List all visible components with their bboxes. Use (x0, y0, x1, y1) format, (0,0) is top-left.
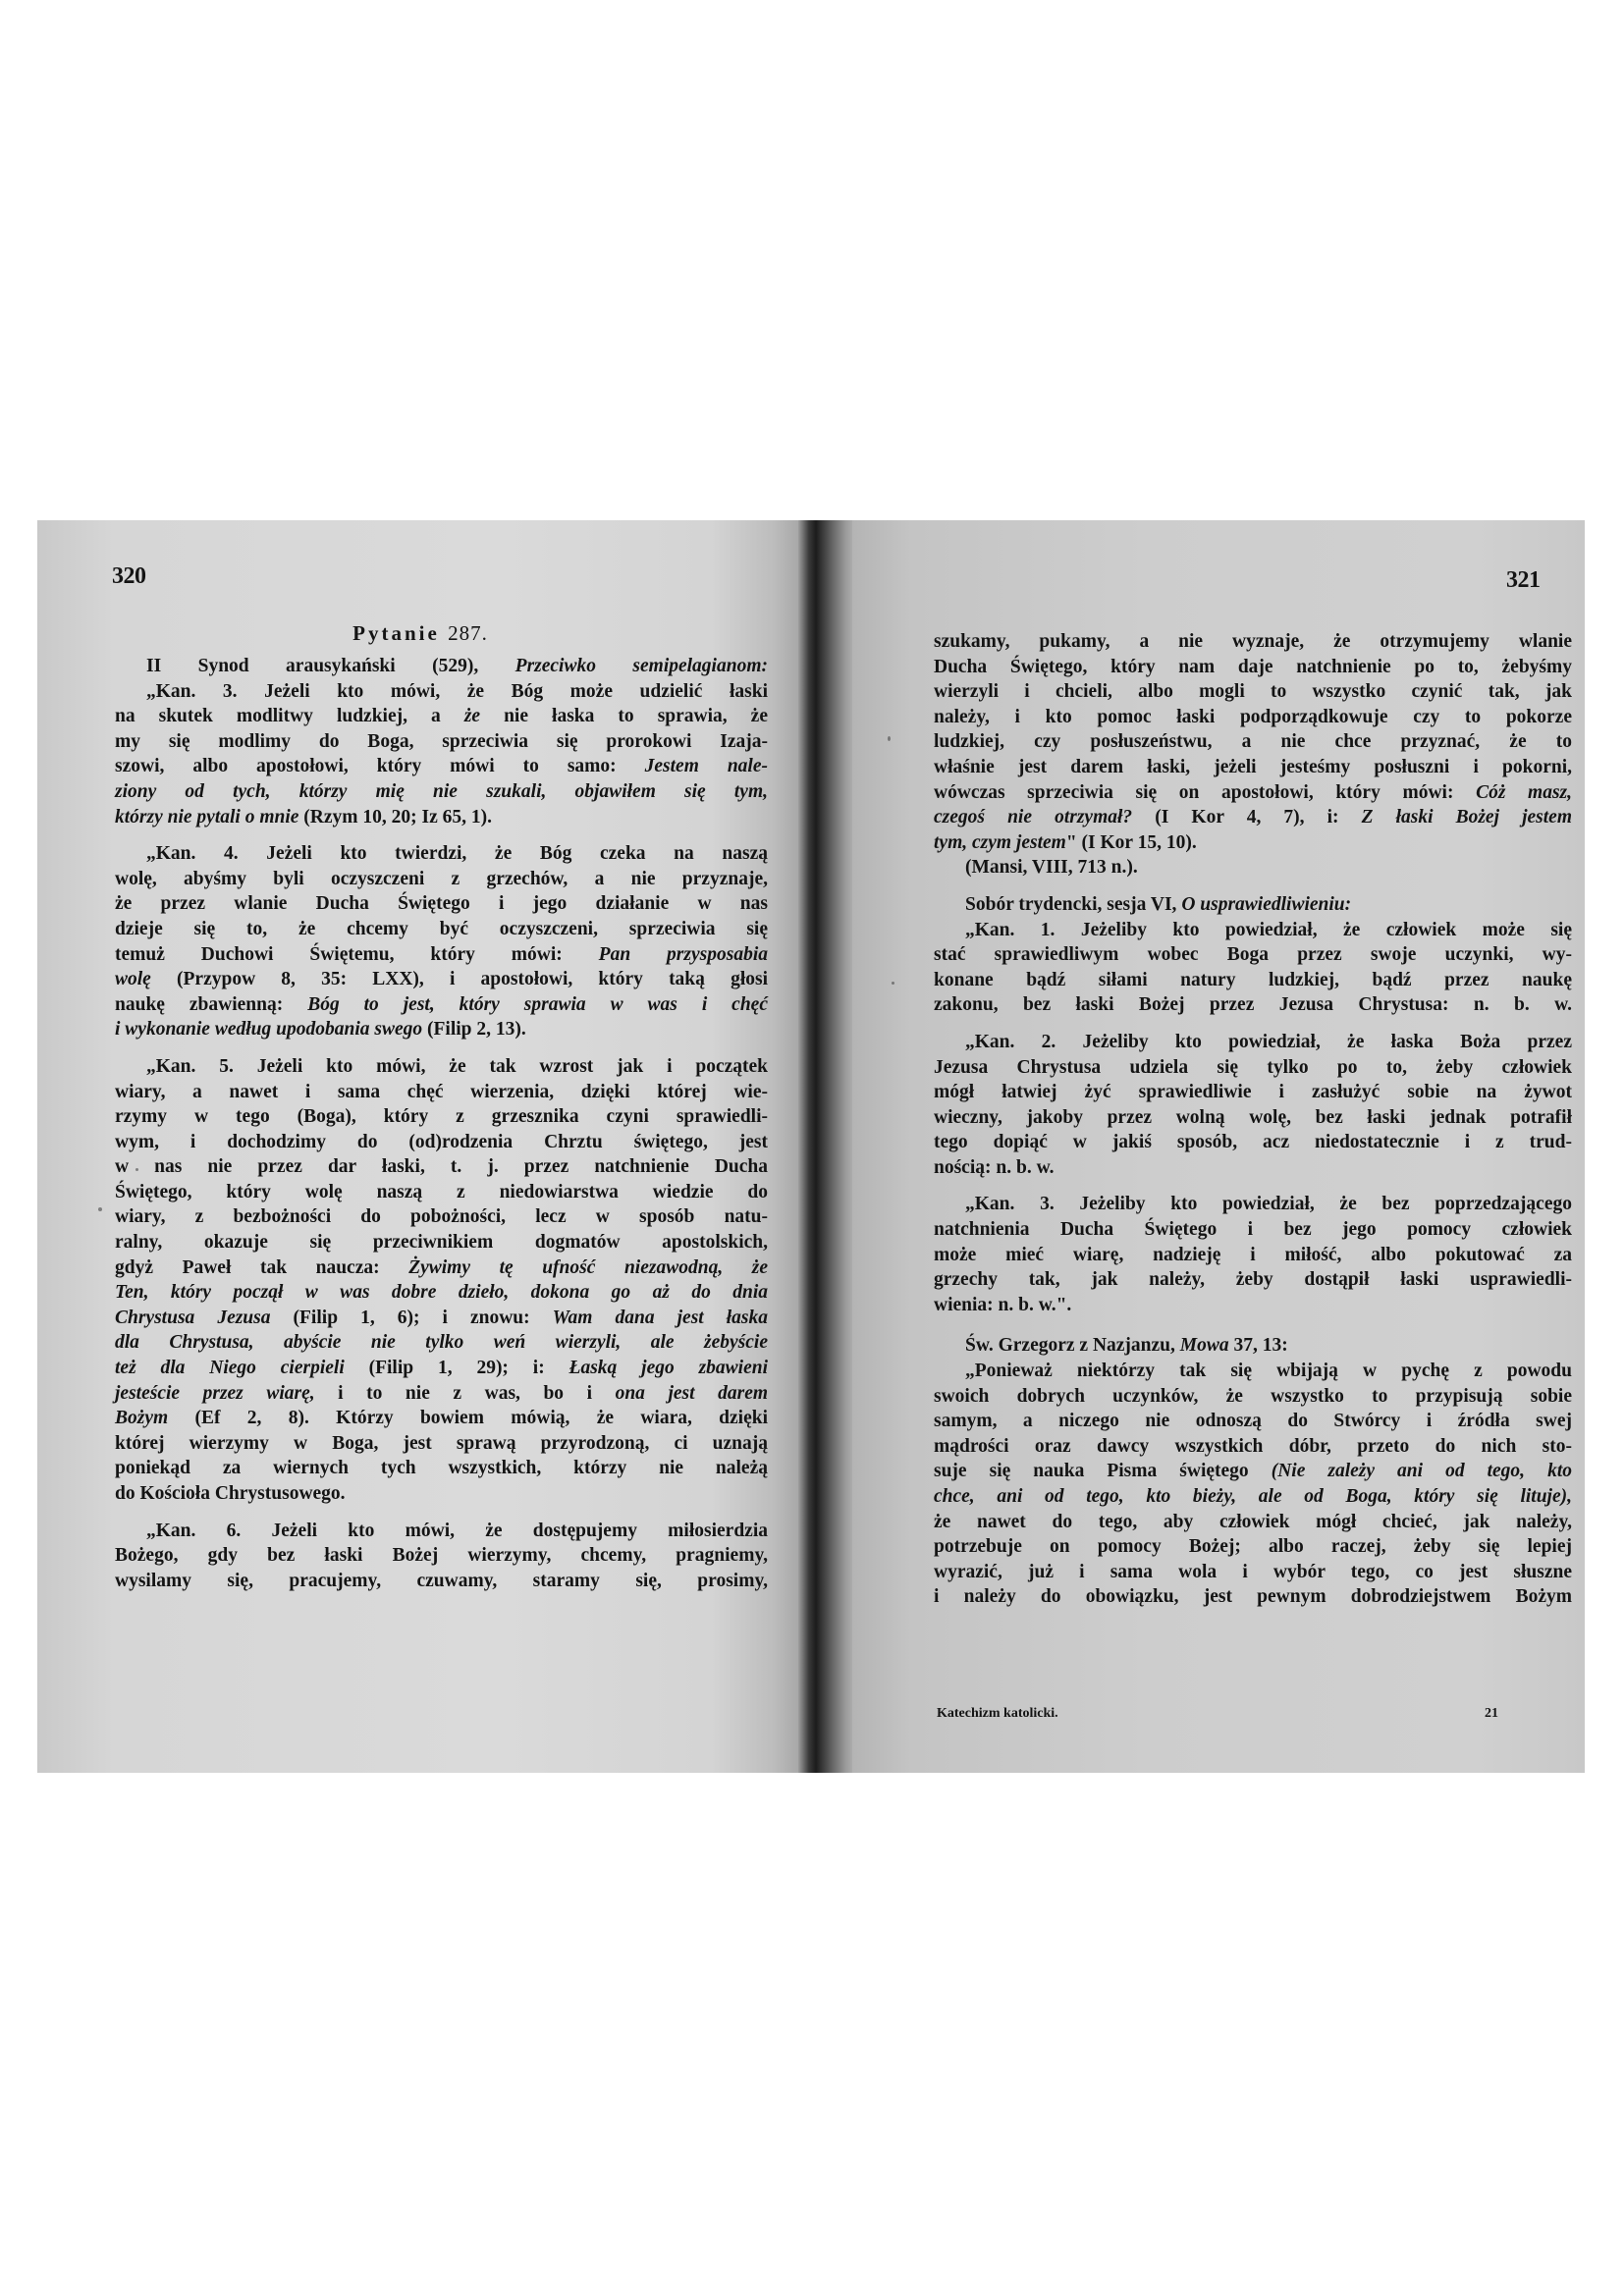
text-run: „Kan. 3. Jeżeliby kto powiedział, że bez… (965, 1194, 1572, 1214)
text-run: wówczas sprzeciwia się on apostołowi, kt… (934, 782, 1476, 803)
text-run: szukamy, pukamy, a nie wyznaje, że otrzy… (934, 631, 1572, 652)
italic-run: Bożym (115, 1408, 168, 1428)
text-line: temuż Duchowi Świętemu, który mówi: Pan … (115, 942, 768, 968)
text-line: swoich dobrych uczynków, że wszystko to … (934, 1384, 1572, 1410)
italic-run: że (464, 706, 480, 726)
text-run: wysilamy się, pracujemy, czuwamy, staram… (115, 1571, 768, 1591)
text-run: do Kościoła Chrystusowego. (115, 1483, 346, 1504)
italic-run: Z łaski Bożej jestem (1362, 807, 1572, 828)
italic-run: (Nie zależy ani od tego, kto (1272, 1461, 1572, 1481)
text-line: wysilamy się, pracujemy, czuwamy, staram… (115, 1569, 768, 1594)
text-run: (Filip 1, 6); i znowu: (271, 1308, 553, 1328)
italic-run: Mowa (1180, 1335, 1229, 1356)
italic-run: też dla Niego cierpieli (115, 1358, 345, 1378)
scan-speck (888, 736, 891, 741)
text-line: dla Chrystusa, abyście nie tylko weń wie… (115, 1330, 768, 1356)
italic-run: którzy nie pytali o mnie (115, 807, 298, 828)
italic-run: Wam dana jest łaska (553, 1308, 768, 1328)
text-run: dzieje się to, że chcemy być oczyszczeni… (115, 919, 768, 939)
text-run: ludzkiej, czy posłuszeństwu, a nie chce … (934, 731, 1572, 752)
text-line: ziony od tych, którzy mię nie szukali, o… (115, 779, 768, 805)
text-run: samym, a niczego nie odnoszą do Stwórcy … (934, 1411, 1572, 1431)
text-line: wieczny, jakoby przez wolną wolę, bez ła… (934, 1105, 1572, 1131)
text-line: „Kan. 2. Jeżeliby kto powiedział, że łas… (934, 1030, 1572, 1055)
text-run: (Przypow 8, 35: LXX), i apostołowi, któr… (151, 969, 768, 989)
text-line: Bożego, gdy bez łaski Bożej wierzymy, ch… (115, 1543, 768, 1569)
text-run: wolę, abyśmy byli oczyszczeni z grzechów… (115, 869, 768, 889)
text-run: Świętego, który wolę naszą z niedowiarst… (115, 1182, 768, 1202)
text-line: ludzkiej, czy posłuszeństwu, a nie chce … (934, 729, 1572, 755)
text-line: właśnie jest darem łaski, jeżeli jesteśm… (934, 755, 1572, 780)
text-run: wierzyli i chcieli, albo mogli to wszyst… (934, 681, 1572, 702)
text-run: wiary, a nawet i sama chęć wierzenia, dz… (115, 1082, 768, 1102)
text-run: temuż Duchowi Świętemu, który mówi: (115, 944, 599, 965)
text-line: szukamy, pukamy, a nie wyznaje, że otrzy… (934, 629, 1572, 655)
sheet-number: 21 (1485, 1706, 1498, 1722)
text-run: „Ponieważ niektórzy tak się wbijają w py… (965, 1361, 1572, 1381)
text-line: grzechy tak, jak należy, żeby dostąpił ł… (934, 1267, 1572, 1293)
text-line: wiary, a nawet i sama chęć wierzenia, dz… (115, 1080, 768, 1105)
text-line: „Ponieważ niektórzy tak się wbijają w py… (934, 1359, 1572, 1384)
italic-run: Bóg to jest, który sprawia w was i chęć (307, 994, 768, 1015)
italic-run: O usprawiedliwieniu: (1181, 894, 1351, 915)
text-line: „Kan. 3. Jeżeliby kto powiedział, że bez… (934, 1192, 1572, 1217)
italic-run: ziony od tych, którzy mię nie szukali, o… (115, 781, 768, 802)
text-run: „Kan. 3. Jeżeli kto mówi, że Bóg może ud… (146, 681, 768, 702)
text-line: i wykonanie według upodobania swego (Fil… (115, 1017, 768, 1042)
text-run: wienia: n. b. w.". (934, 1295, 1071, 1315)
italic-run: Pan przysposabia (599, 944, 768, 965)
text-line: wyrazić, już i sama wola i wybór tego, c… (934, 1560, 1572, 1585)
text-line: II Synod arausykański (529), Przeciwko s… (115, 654, 768, 679)
text-line: czegoś nie otrzymał? (I Kor 4, 7), i: Z … (934, 805, 1572, 830)
italic-run: ona jest darem (616, 1383, 768, 1404)
right-page-body: szukamy, pukamy, a nie wyznaje, że otrzy… (934, 629, 1572, 1610)
italic-run: chce, ani od tego, kto bieży, ale od Bog… (934, 1486, 1572, 1507)
text-line: może mieć wiarę, nadzieję i miłość, albo… (934, 1243, 1572, 1268)
left-page-body: II Synod arausykański (529), Przeciwko s… (115, 654, 768, 1593)
text-line: suje się nauka Pisma świętego (Nie zależ… (934, 1459, 1572, 1484)
text-line: wolę (Przypow 8, 35: LXX), i apostołowi,… (115, 967, 768, 992)
text-line: tego dopiąć w jakiś sposób, acz niedosta… (934, 1130, 1572, 1155)
text-run: (Ef 2, 8). Którzy bowiem mówią, że wiara… (168, 1408, 768, 1428)
scan-speck (135, 1168, 138, 1171)
italic-run: czegoś nie otrzymał? (934, 807, 1132, 828)
text-run: natchnienia Ducha Świętego i bez jego po… (934, 1219, 1572, 1240)
book-scan: 320 Pytanie 287. II Synod arausykański (… (37, 520, 1585, 1773)
text-run: zakonu, bez łaski Bożej przez Jezusa Chr… (934, 994, 1572, 1015)
text-line: „Kan. 4. Jeżeli kto twierdzi, że Bóg cze… (115, 841, 768, 867)
text-run: „Kan. 2. Jeżeliby kto powiedział, że łas… (965, 1032, 1572, 1052)
text-line: zakonu, bez łaski Bożej przez Jezusa Chr… (934, 992, 1572, 1018)
text-line: że przez wlanie Ducha Świętego i jego dz… (115, 891, 768, 917)
question-heading-label: Pytanie (352, 621, 440, 645)
text-run: w nas nie przez dar łaski, t. j. przez n… (115, 1156, 768, 1177)
question-heading-number: 287. (448, 621, 488, 645)
text-line: i należy do obowiązku, jest pewnym dobro… (934, 1584, 1572, 1610)
text-run: 37, 13: (1229, 1335, 1288, 1356)
text-run: właśnie jest darem łaski, jeżeli jesteśm… (934, 757, 1572, 777)
scan-speck (892, 982, 894, 985)
text-line: nością: n. b. w. (934, 1155, 1572, 1181)
text-line: naukę zbawienną: Bóg to jest, który spra… (115, 992, 768, 1018)
text-line: którzy nie pytali o mnie (Rzym 10, 20; I… (115, 805, 768, 830)
page-number-right: 321 (1506, 567, 1541, 594)
text-line: chce, ani od tego, kto bieży, ale od Bog… (934, 1484, 1572, 1510)
text-line: Bożym (Ef 2, 8). Którzy bowiem mówią, że… (115, 1406, 768, 1431)
text-line: „Kan. 6. Jeżeli kto mówi, że dostępujemy… (115, 1519, 768, 1544)
text-run: rzymy w tego (Boga), który z grzesznika … (115, 1106, 768, 1127)
text-line: wym, i dochodzimy do (od)rodzenia Chrztu… (115, 1130, 768, 1155)
text-run: my się modlimy do Boga, sprzeciwia się p… (115, 731, 768, 752)
italic-run: tym, czym jestem (934, 832, 1066, 853)
text-run: (Mansi, VIII, 713 n.). (965, 857, 1138, 878)
text-run: naukę zbawienną: (115, 994, 307, 1015)
text-line: dzieje się to, że chcemy być oczyszczeni… (115, 917, 768, 942)
left-page: 320 Pytanie 287. II Synod arausykański (… (37, 520, 803, 1773)
text-run: szowi, albo apostołowi, który mówi to sa… (115, 756, 645, 776)
italic-run: Przeciwko semipelagianom: (515, 656, 768, 676)
text-run: „Kan. 5. Jeżeli kto mówi, że tak wzrost … (146, 1056, 768, 1077)
text-line: ralny, okazuje się przeciwnikiem dogmató… (115, 1230, 768, 1255)
text-line: rzymy w tego (Boga), który z grzesznika … (115, 1104, 768, 1130)
text-line: wienia: n. b. w.". (934, 1293, 1572, 1318)
text-run: Św. Grzegorz z Nazjanzu, (965, 1335, 1180, 1356)
book-gutter (798, 520, 857, 1773)
text-line: też dla Niego cierpieli (Filip 1, 29); i… (115, 1356, 768, 1381)
text-run: „Kan. 4. Jeżeli kto twierdzi, że Bóg cze… (146, 843, 768, 864)
text-line: do Kościoła Chrystusowego. (115, 1481, 768, 1507)
text-line: Ducha Świętego, który nam daje natchnien… (934, 655, 1572, 680)
text-line: natchnienia Ducha Świętego i bez jego po… (934, 1217, 1572, 1243)
text-run: ralny, okazuje się przeciwnikiem dogmató… (115, 1232, 768, 1253)
text-run: wym, i dochodzimy do (od)rodzenia Chrztu… (115, 1132, 768, 1152)
text-line: „Kan. 3. Jeżeli kto mówi, że Bóg może ud… (115, 679, 768, 705)
text-line: Chrystusa Jezusa (Filip 1, 6); i znowu: … (115, 1306, 768, 1331)
text-run: że nawet do tego, aby człowiek mógł chci… (934, 1512, 1572, 1532)
text-run: (Filip 1, 29); i: (345, 1358, 569, 1378)
text-line: szowi, albo apostołowi, który mówi to sa… (115, 754, 768, 779)
text-run: i należy do obowiązku, jest pewnym dobro… (934, 1586, 1572, 1607)
italic-run: Ten, który począł w was dobre dzieło, do… (115, 1282, 768, 1303)
text-run: " (I Kor 15, 10). (1066, 832, 1197, 853)
scan-speck (98, 1207, 102, 1211)
text-run: należy, i kto pomoc łaski podporządkowuj… (934, 707, 1572, 727)
text-run: swoich dobrych uczynków, że wszystko to … (934, 1386, 1572, 1407)
text-line: konane bądź siłami natury ludzkiej, bądź… (934, 968, 1572, 993)
text-run: suje się nauka Pisma świętego (934, 1461, 1272, 1481)
italic-run: Łaską jego zbawieni (569, 1358, 768, 1378)
text-run: nie łaska to sprawia, że (480, 706, 768, 726)
text-run: Ducha Świętego, który nam daje natchnien… (934, 657, 1572, 677)
text-run: (Rzym 10, 20; Iz 65, 1). (298, 807, 492, 828)
text-line: na skutek modlitwy ludzkiej, a że nie ła… (115, 704, 768, 729)
text-line: że nawet do tego, aby człowiek mógł chci… (934, 1510, 1572, 1535)
text-line: samym, a niczego nie odnoszą do Stwórcy … (934, 1409, 1572, 1434)
text-line: wolę, abyśmy byli oczyszczeni z grzechów… (115, 867, 768, 892)
text-line: my się modlimy do Boga, sprzeciwia się p… (115, 729, 768, 755)
italic-run: Jestem nale- (645, 756, 768, 776)
text-run: „Kan. 1. Jeżeliby kto powiedział, że czł… (965, 920, 1572, 940)
text-run: konane bądź siłami natury ludzkiej, bądź… (934, 970, 1572, 990)
text-line: Jezusa Chrystusa udziela się tylko po to… (934, 1055, 1572, 1081)
text-line: wierzyli i chcieli, albo mogli to wszyst… (934, 679, 1572, 705)
text-run: może mieć wiarę, nadzieję i miłość, albo… (934, 1245, 1572, 1265)
text-line: Sobór trydencki, sesja VI, O usprawiedli… (934, 892, 1572, 918)
text-line: Ten, który począł w was dobre dzieło, do… (115, 1280, 768, 1306)
text-run: Sobór trydencki, sesja VI, (965, 894, 1181, 915)
text-run: stać sprawiedliwym wobec Boga przez swoj… (934, 944, 1572, 965)
text-line: tym, czym jestem" (I Kor 15, 10). (934, 830, 1572, 856)
text-line: wiary, z bezbożności do pobożności, lecz… (115, 1204, 768, 1230)
text-line: Św. Grzegorz z Nazjanzu, Mowa 37, 13: (934, 1333, 1572, 1359)
text-run: tego dopiąć w jakiś sposób, acz niedosta… (934, 1132, 1572, 1152)
italic-run: wolę (115, 969, 151, 989)
text-line: Świętego, który wolę naszą z niedowiarst… (115, 1180, 768, 1205)
text-run: II Synod arausykański (529), (146, 656, 515, 676)
text-line: „Kan. 1. Jeżeliby kto powiedział, że czł… (934, 918, 1572, 943)
text-run: mądrości oraz dawcy wszystkich dóbr, prz… (934, 1436, 1572, 1457)
text-line: jesteście przez wiarę, i to nie z was, b… (115, 1381, 768, 1407)
text-run: mógł łatwiej żyć sprawiedliwie i zasłuży… (934, 1082, 1572, 1102)
text-run: (Filip 2, 13). (422, 1019, 526, 1040)
text-line: mądrości oraz dawcy wszystkich dóbr, prz… (934, 1434, 1572, 1460)
text-line: gdyż Paweł tak naucza: Żywimy tę ufność … (115, 1255, 768, 1281)
text-line: potrzebuje on pomocy Bożej; albo raczej,… (934, 1534, 1572, 1560)
text-run: „Kan. 6. Jeżeli kto mówi, że dostępujemy… (146, 1521, 768, 1541)
text-run: wyrazić, już i sama wola i wybór tego, c… (934, 1562, 1572, 1582)
text-run: potrzebuje on pomocy Bożej; albo raczej,… (934, 1536, 1572, 1557)
text-run: wieczny, jakoby przez wolną wolę, bez ła… (934, 1107, 1572, 1128)
page-number-left: 320 (112, 563, 146, 590)
question-heading: Pytanie 287. (37, 621, 803, 646)
italic-run: jesteście przez wiarę, (115, 1383, 315, 1404)
text-line: należy, i kto pomoc łaski podporządkowuj… (934, 705, 1572, 730)
text-line: poniekąd za wiernych tych wszystkich, kt… (115, 1456, 768, 1481)
text-line: mógł łatwiej żyć sprawiedliwie i zasłuży… (934, 1080, 1572, 1105)
text-run: na skutek modlitwy ludzkiej, a (115, 706, 464, 726)
text-run: gdyż Paweł tak naucza: (115, 1257, 408, 1278)
text-run: poniekąd za wiernych tych wszystkich, kt… (115, 1458, 768, 1478)
text-line: stać sprawiedliwym wobec Boga przez swoj… (934, 942, 1572, 968)
italic-run: i wykonanie według upodobania swego (115, 1019, 422, 1040)
text-line: „Kan. 5. Jeżeli kto mówi, że tak wzrost … (115, 1054, 768, 1080)
text-run: Bożego, gdy bez łaski Bożej wierzymy, ch… (115, 1545, 768, 1566)
text-line: wówczas sprzeciwia się on apostołowi, kt… (934, 780, 1572, 806)
signature-mark: Katechizm katolicki. (937, 1706, 1058, 1722)
text-line: której wierzymy w Boga, jest sprawą przy… (115, 1431, 768, 1457)
text-run: (I Kor 4, 7), i: (1132, 807, 1361, 828)
text-run: nością: n. b. w. (934, 1157, 1054, 1178)
italic-run: Chrystusa Jezusa (115, 1308, 271, 1328)
text-run: że przez wlanie Ducha Świętego i jego dz… (115, 893, 768, 914)
right-page: 321 szukamy, pukamy, a nie wyznaje, że o… (852, 520, 1585, 1773)
text-run: której wierzymy w Boga, jest sprawą przy… (115, 1433, 768, 1454)
text-run: i to nie z was, bo i (315, 1383, 616, 1404)
italic-run: dla Chrystusa, abyście nie tylko weń wie… (115, 1332, 768, 1353)
text-run: wiary, z bezbożności do pobożności, lecz… (115, 1206, 768, 1227)
text-line: (Mansi, VIII, 713 n.). (934, 855, 1572, 881)
text-run: Jezusa Chrystusa udziela się tylko po to… (934, 1057, 1572, 1078)
text-line: w nas nie przez dar łaski, t. j. przez n… (115, 1154, 768, 1180)
text-run: grzechy tak, jak należy, żeby dostąpił ł… (934, 1269, 1572, 1290)
italic-run: Cóż masz, (1476, 782, 1572, 803)
italic-run: Żywimy tę ufność niezawodną, że (408, 1257, 768, 1278)
